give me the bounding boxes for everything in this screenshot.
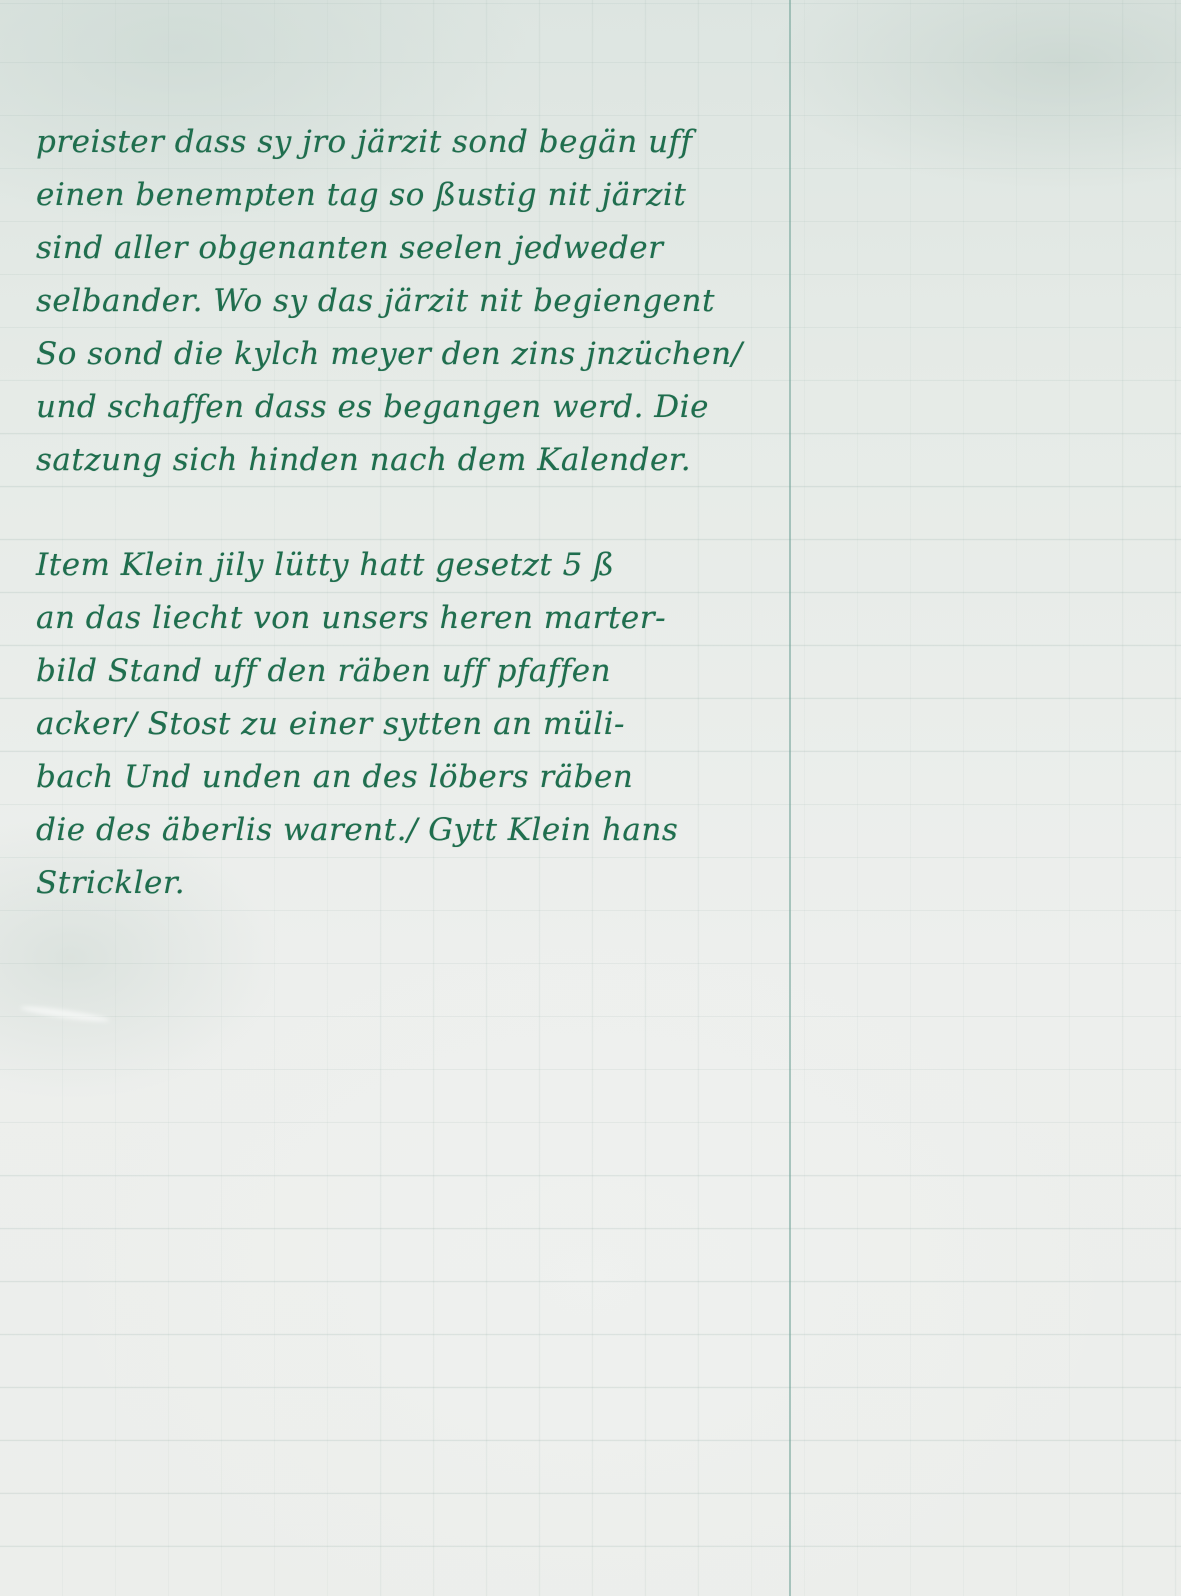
text-line: So sond die kylch meyer den zins jnzüche… [36, 328, 796, 381]
text-line: satzung sich hinden nach dem Kalender. [36, 434, 796, 487]
text-line: bach Und unden an des löbers räben [36, 751, 796, 804]
handwritten-text: preister dass sy jro järzit sond begän u… [36, 116, 796, 910]
text-line: preister dass sy jro järzit sond begän u… [36, 116, 796, 169]
paragraph-spacer [36, 487, 796, 539]
scanned-manuscript-page: preister dass sy jro järzit sond begän u… [0, 0, 1181, 1596]
text-line: an das liecht von unsers heren marter- [36, 592, 796, 645]
text-line: bild Stand uff den räben uff pfaffen [36, 645, 796, 698]
text-line: einen benempten tag so ßustig nit järzit [36, 169, 796, 222]
paragraph-2: Item Klein jily lütty hatt gesetzt 5 ß a… [36, 539, 796, 910]
paragraph-1: preister dass sy jro järzit sond begän u… [36, 116, 796, 487]
text-line: Item Klein jily lütty hatt gesetzt 5 ß [36, 539, 796, 592]
text-line: Strickler. [36, 857, 796, 910]
text-line: die des äberlis warent./ Gytt Klein hans [36, 804, 796, 857]
text-line: sind aller obgenanten seelen jedweder [36, 222, 796, 275]
text-line: selbander. Wo sy das järzit nit begienge… [36, 275, 796, 328]
paper-crease [20, 1004, 110, 1024]
text-line: und schaffen dass es begangen werd. Die [36, 381, 796, 434]
text-line: acker/ Stost zu einer sytten an müli- [36, 698, 796, 751]
